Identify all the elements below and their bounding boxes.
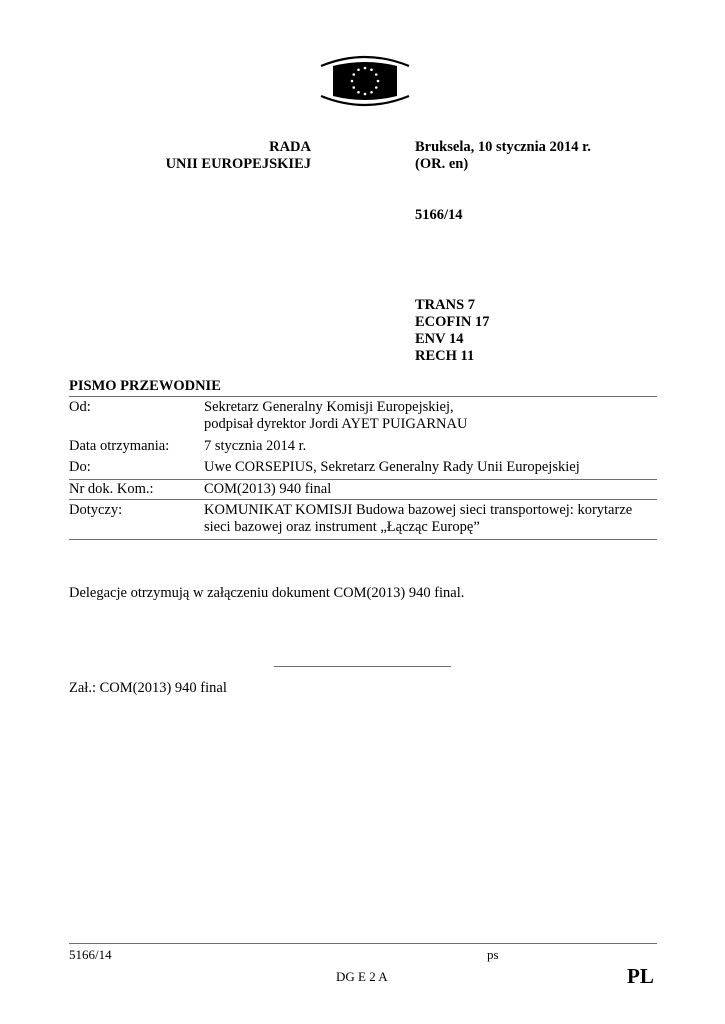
value-line: podpisał dyrektor Jordi AYET PUIGARNAU bbox=[204, 416, 659, 433]
body-paragraph: Delegacje otrzymują w załączeniu dokumen… bbox=[69, 585, 464, 602]
row-label: Dotyczy: bbox=[69, 502, 204, 519]
footer-rule bbox=[69, 943, 657, 944]
code-ecofin: ECOFIN 17 bbox=[415, 314, 490, 331]
row-label: Data otrzymania: bbox=[69, 438, 204, 455]
original-language: (OR. en) bbox=[415, 156, 591, 173]
value-line: Sekretarz Generalny Komisji Europejskiej… bbox=[204, 399, 659, 416]
row-label: Od: bbox=[69, 399, 204, 416]
table-top-rule bbox=[69, 396, 657, 397]
classification-codes: TRANS 7 ECOFIN 17 ENV 14 RECH 11 bbox=[415, 297, 490, 365]
table-rule bbox=[69, 499, 657, 500]
row-value: COM(2013) 940 final bbox=[204, 481, 659, 498]
code-trans: TRANS 7 bbox=[415, 297, 490, 314]
row-label: Do: bbox=[69, 459, 204, 476]
row-value: KOMUNIKAT KOMISJI Budowa bazowej sieci t… bbox=[204, 502, 659, 536]
row-value: Uwe CORSEPIUS, Sekretarz Generalny Rady … bbox=[204, 459, 659, 476]
institution-line2: UNII EUROPEJSKIEJ bbox=[166, 156, 311, 173]
place-date: Bruksela, 10 stycznia 2014 r. bbox=[415, 139, 591, 156]
eu-flag-icon bbox=[318, 52, 412, 110]
cover-note-title: PISMO PRZEWODNIE bbox=[69, 378, 221, 395]
separator-rule bbox=[274, 666, 451, 667]
row-value: Sekretarz Generalny Komisji Europejskiej… bbox=[204, 399, 659, 433]
institution-line1: RADA bbox=[166, 139, 311, 156]
table-rule bbox=[69, 479, 657, 480]
footer-initials: ps bbox=[487, 947, 499, 962]
row-value: 7 stycznia 2014 r. bbox=[204, 438, 659, 455]
footer-department: DG E 2 A bbox=[336, 969, 388, 984]
row-label: Nr dok. Kom.: bbox=[69, 481, 204, 498]
value-line: sieci bazowej oraz instrument „Łącząc Eu… bbox=[204, 519, 659, 536]
table-bottom-rule bbox=[69, 539, 657, 540]
code-env: ENV 14 bbox=[415, 331, 490, 348]
footer-language: PL bbox=[627, 964, 654, 988]
institution-name: RADA UNII EUROPEJSKIEJ bbox=[166, 139, 311, 173]
code-rech: RECH 11 bbox=[415, 348, 490, 365]
footer-doc-number: 5166/14 bbox=[69, 947, 112, 962]
place-date-block: Bruksela, 10 stycznia 2014 r. (OR. en) bbox=[415, 139, 591, 173]
attachment-note: Zał.: COM(2013) 940 final bbox=[69, 680, 227, 697]
eu-council-logo bbox=[318, 52, 412, 110]
value-line: KOMUNIKAT KOMISJI Budowa bazowej sieci t… bbox=[204, 502, 659, 519]
doc-number: 5166/14 bbox=[415, 207, 463, 224]
